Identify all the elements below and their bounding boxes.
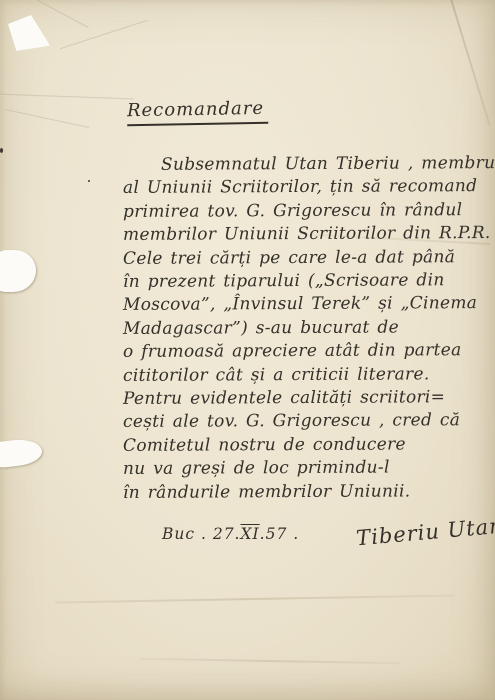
date-prefix: Buc . 27. [162, 525, 241, 543]
body-line: Pentru evidentele calități scriitori= [123, 386, 475, 411]
body-line: Moscova”, „Învinsul Terek” și „Cinema [123, 293, 475, 318]
body-line: primirea tov. G. Grigorescu în rândul [123, 199, 475, 224]
ink-speck [0, 148, 3, 153]
paper-crease [448, 0, 491, 125]
paper-tear-top-left [8, 15, 50, 51]
letter-title: Recomandare [127, 98, 268, 121]
scanned-letter-page: Recomandare Subsemnatul Utan Tiberiu , m… [0, 0, 495, 700]
body-line: în rândurile membrilor Uniunii. [123, 480, 475, 505]
body-line: nu va greși de loc primindu-l [123, 456, 475, 481]
paper-tear-left-lower [0, 437, 43, 469]
body-line: Madagascar”) s-au bucurat de [123, 316, 475, 341]
letter-body: Subsemnatul Utan Tiberiu , membrual Uniu… [123, 153, 475, 504]
ink-speck [88, 180, 90, 182]
body-line: membrilor Uniunii Scriitorilor din R.P.R… [123, 222, 475, 247]
body-line: al Uniunii Scriitorilor, țin să recomand [123, 175, 475, 200]
body-line: cești ale tov. G. Grigorescu , cred că [123, 410, 475, 435]
paper-crease [31, 0, 88, 29]
body-line: Comitetul nostru de conducere [123, 433, 475, 458]
body-line: în prezent tiparului („Scrisoare din [123, 269, 475, 294]
paper-crease [55, 595, 455, 604]
date-month-roman: XI [241, 525, 260, 543]
letter-title-text: Recomandare [127, 98, 268, 126]
body-line: cititorilor cât și a criticii literare. [123, 363, 475, 388]
body-line: Subsemnatul Utan Tiberiu , membru [161, 152, 475, 177]
date-line: Buc . 27.XI.57 . [162, 525, 299, 543]
body-line: Cele trei cărți pe care le-a dat până [123, 246, 475, 271]
paper-tear-left-upper [0, 250, 36, 292]
body-line: o frumoasă apreciere atât din partea [123, 339, 475, 364]
paper-crease [0, 94, 134, 101]
paper-crease [60, 20, 148, 50]
paper-crease [5, 109, 90, 129]
date-suffix: .57 . [260, 525, 300, 543]
paper-crease [140, 658, 400, 665]
signature: Tiberiu Utan [355, 514, 495, 551]
